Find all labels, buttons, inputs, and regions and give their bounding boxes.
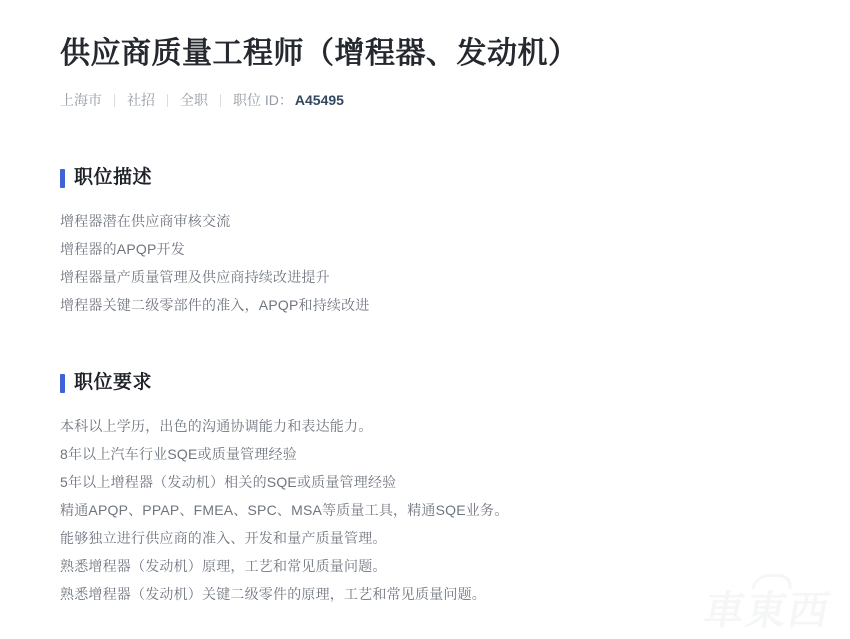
- page-title: 供应商质量工程师（增程器、发动机）: [60, 38, 790, 70]
- job-hire-type: 社招: [127, 90, 155, 110]
- requirement-line: 能够独立进行供应商的准入、开发和量产质量管理。: [60, 524, 790, 552]
- heading-accent-bar: [60, 169, 65, 188]
- section-heading-label: 职位要求: [74, 371, 152, 395]
- description-line: 增程器量产质量管理及供应商持续改进提升: [60, 263, 790, 291]
- job-requirements-body: 本科以上学历，出色的沟通协调能力和表达能力。 8年以上汽车行业SQE或质量管理经…: [60, 412, 790, 608]
- meta-divider: [220, 94, 221, 107]
- description-line: 增程器关键二级零部件的准入，APQP和持续改进: [60, 291, 790, 319]
- requirement-line: 8年以上汽车行业SQE或质量管理经验: [60, 440, 790, 468]
- job-employment-type: 全职: [180, 90, 208, 110]
- job-meta-row: 上海市 社招 全职 职位 ID： A45495: [60, 90, 790, 110]
- section-job-description: 职位描述 增程器潜在供应商审核交流 增程器的APQP开发 增程器量产质量管理及供…: [60, 166, 790, 319]
- meta-divider: [114, 94, 115, 107]
- section-heading: 职位描述: [60, 166, 790, 190]
- section-heading-label: 职位描述: [74, 166, 152, 190]
- section-job-requirements: 职位要求 本科以上学历，出色的沟通协调能力和表达能力。 8年以上汽车行业SQE或…: [60, 371, 790, 608]
- description-line: 增程器的APQP开发: [60, 235, 790, 263]
- requirement-line: 精通APQP、PPAP、FMEA、SPC、MSA等质量工具，精通SQE业务。: [60, 496, 790, 524]
- job-id-value: A45495: [295, 92, 344, 108]
- job-posting-page: 供应商质量工程师（增程器、发动机） 上海市 社招 全职 职位 ID： A4549…: [0, 0, 850, 639]
- job-description-body: 增程器潜在供应商审核交流 增程器的APQP开发 增程器量产质量管理及供应商持续改…: [60, 207, 790, 319]
- requirement-line: 本科以上学历，出色的沟通协调能力和表达能力。: [60, 412, 790, 440]
- section-heading: 职位要求: [60, 371, 790, 395]
- job-location: 上海市: [60, 90, 102, 110]
- requirement-line: 5年以上增程器（发动机）相关的SQE或质量管理经验: [60, 468, 790, 496]
- meta-divider: [167, 94, 168, 107]
- heading-accent-bar: [60, 374, 65, 393]
- requirement-line: 熟悉增程器（发动机）关键二级零件的原理，工艺和常见质量问题。: [60, 580, 790, 608]
- job-id-label: 职位 ID：: [233, 90, 293, 110]
- description-line: 增程器潜在供应商审核交流: [60, 207, 790, 235]
- requirement-line: 熟悉增程器（发动机）原理，工艺和常见质量问题。: [60, 552, 790, 580]
